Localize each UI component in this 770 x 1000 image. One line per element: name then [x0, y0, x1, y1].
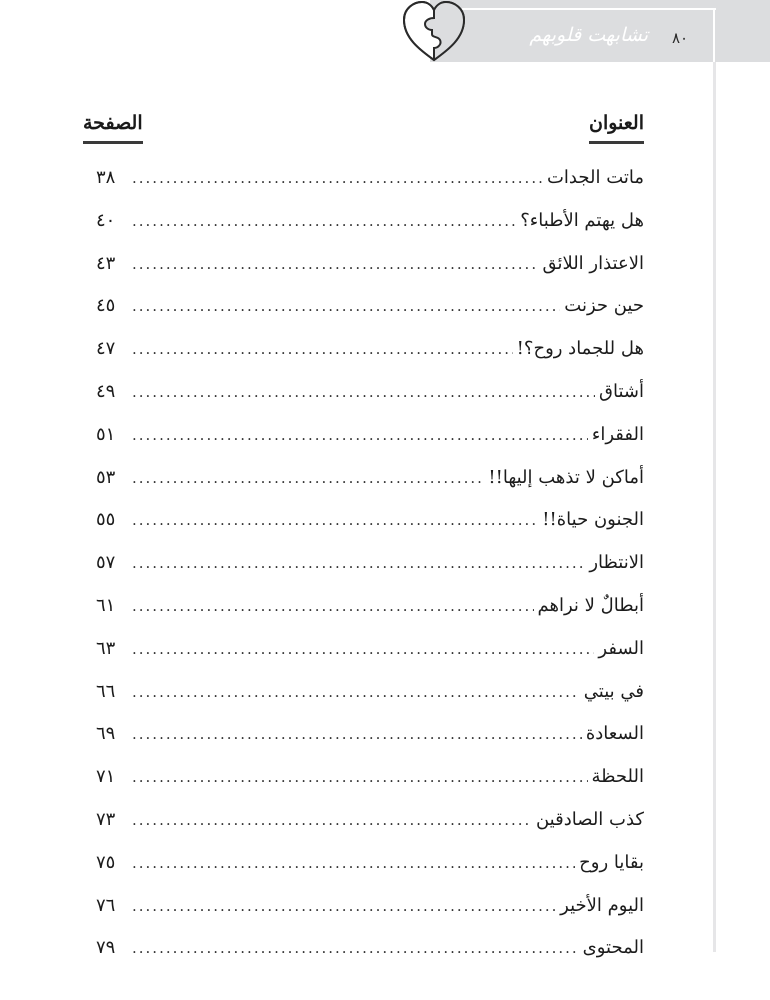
dot-leader — [128, 802, 532, 838]
toc-entry-title: في بيتي — [580, 674, 644, 710]
dot-leader — [128, 631, 594, 667]
toc-entry-title: حين حزنت — [560, 288, 644, 324]
dot-leader — [128, 674, 580, 710]
toc-entry[interactable]: هل يهتم الأطباء؟ ٤٠ — [96, 203, 644, 246]
dot-leader — [128, 246, 538, 282]
toc-entry-page: ٥١ — [96, 417, 128, 453]
toc-entry[interactable]: في بيتي ٦٦ — [96, 674, 644, 717]
toc-entry[interactable]: هل للجماد روح؟! ٤٧ — [96, 331, 644, 374]
toc-entry-title: هل للجماد روح؟! — [513, 331, 644, 367]
toc-entry-page: ٧٣ — [96, 802, 128, 838]
toc-entry[interactable]: أماكن لا تذهب إليها!! ٥٣ — [96, 460, 644, 503]
toc-entry-page: ٤٩ — [96, 374, 128, 410]
toc-entry[interactable]: اللحظة ٧١ — [96, 759, 644, 802]
toc-entry-page: ٦٣ — [96, 631, 128, 667]
toc-entry-page: ٣٨ — [96, 160, 128, 196]
dot-leader — [128, 331, 513, 367]
puzzle-heart-icon — [400, 0, 468, 64]
toc-entry-page: ٧١ — [96, 759, 128, 795]
toc-entry-title: كذب الصادقين — [532, 802, 644, 838]
toc-entry-title: أماكن لا تذهب إليها!! — [484, 460, 644, 496]
toc-entry-page: ٥٥ — [96, 502, 128, 538]
column-header-page: الصفحة — [83, 112, 143, 140]
dot-leader — [128, 716, 582, 752]
toc-entry-title: هل يهتم الأطباء؟ — [516, 203, 644, 239]
toc-entry-page: ٧٩ — [96, 930, 128, 966]
dot-leader — [128, 203, 516, 239]
toc-entry-title: الجنون حياة!! — [538, 502, 644, 538]
toc-entry-title: الاعتذار اللائق — [538, 246, 644, 282]
book-title: تشابهت قلوبهم — [529, 24, 648, 46]
toc-entry[interactable]: الجنون حياة!! ٥٥ — [96, 502, 644, 545]
toc-entry-title: الانتظار — [585, 545, 644, 581]
toc-entry[interactable]: حين حزنت ٤٥ — [96, 288, 644, 331]
page-margin-rule — [713, 62, 716, 952]
toc-entry-title: بقايا روح — [575, 845, 644, 881]
toc-entry-page: ٦٦ — [96, 674, 128, 710]
toc-entry[interactable]: بقايا روح ٧٥ — [96, 845, 644, 888]
dot-leader — [128, 845, 575, 881]
toc-entry-page: ٤٧ — [96, 331, 128, 367]
toc-entry-title: السفر — [594, 631, 644, 667]
dot-leader — [128, 588, 534, 624]
column-header-title: العنوان — [589, 112, 644, 140]
toc-entry-title: السعادة — [582, 716, 644, 752]
toc-entry-page: ٤٥ — [96, 288, 128, 324]
toc-entry-title: أشتاق — [595, 374, 644, 410]
toc-entry[interactable]: اليوم الأخير ٧٦ — [96, 888, 644, 931]
toc-entry[interactable]: ماتت الجدات ٣٨ — [96, 160, 644, 203]
dot-leader — [128, 417, 588, 453]
page-number: ٨٠ — [672, 29, 688, 47]
toc-entry[interactable]: الاعتذار اللائق ٤٣ — [96, 246, 644, 289]
toc-entry-title: اليوم الأخير — [556, 888, 644, 924]
toc-entry-page: ٧٥ — [96, 845, 128, 881]
toc-entry[interactable]: السعادة ٦٩ — [96, 716, 644, 759]
header-frame-top-line — [462, 8, 716, 10]
table-of-contents: ماتت الجدات ٣٨ هل يهتم الأطباء؟ ٤٠ الاعت… — [96, 160, 644, 973]
toc-entry-title: المحتوى — [579, 930, 644, 966]
header-frame-right-line — [713, 8, 715, 62]
toc-entry[interactable]: المحتوى ٧٩ — [96, 930, 644, 973]
toc-entry-page: ٧٦ — [96, 888, 128, 924]
toc-entry-page: ٦٩ — [96, 716, 128, 752]
toc-entry-page: ٦١ — [96, 588, 128, 624]
toc-entry[interactable]: السفر ٦٣ — [96, 631, 644, 674]
toc-entry[interactable]: الفقراء ٥١ — [96, 417, 644, 460]
dot-leader — [128, 759, 588, 795]
toc-entry-page: ٥٧ — [96, 545, 128, 581]
dot-leader — [128, 160, 543, 196]
toc-entry-title: ماتت الجدات — [543, 160, 644, 196]
dot-leader — [128, 288, 560, 324]
dot-leader — [128, 930, 579, 966]
toc-entry[interactable]: أبطالٌ لا نراهم ٦١ — [96, 588, 644, 631]
toc-entry-page: ٤٣ — [96, 246, 128, 282]
dot-leader — [128, 502, 538, 538]
dot-leader — [128, 545, 585, 581]
dot-leader — [128, 374, 595, 410]
toc-entry[interactable]: الانتظار ٥٧ — [96, 545, 644, 588]
dot-leader — [128, 888, 556, 924]
dot-leader — [128, 460, 484, 496]
toc-entry-title: اللحظة — [588, 759, 644, 795]
toc-entry[interactable]: كذب الصادقين ٧٣ — [96, 802, 644, 845]
toc-entry-title: الفقراء — [588, 417, 644, 453]
toc-entry[interactable]: أشتاق ٤٩ — [96, 374, 644, 417]
toc-entry-title: أبطالٌ لا نراهم — [534, 588, 644, 624]
toc-entry-page: ٥٣ — [96, 460, 128, 496]
toc-entry-page: ٤٠ — [96, 203, 128, 239]
